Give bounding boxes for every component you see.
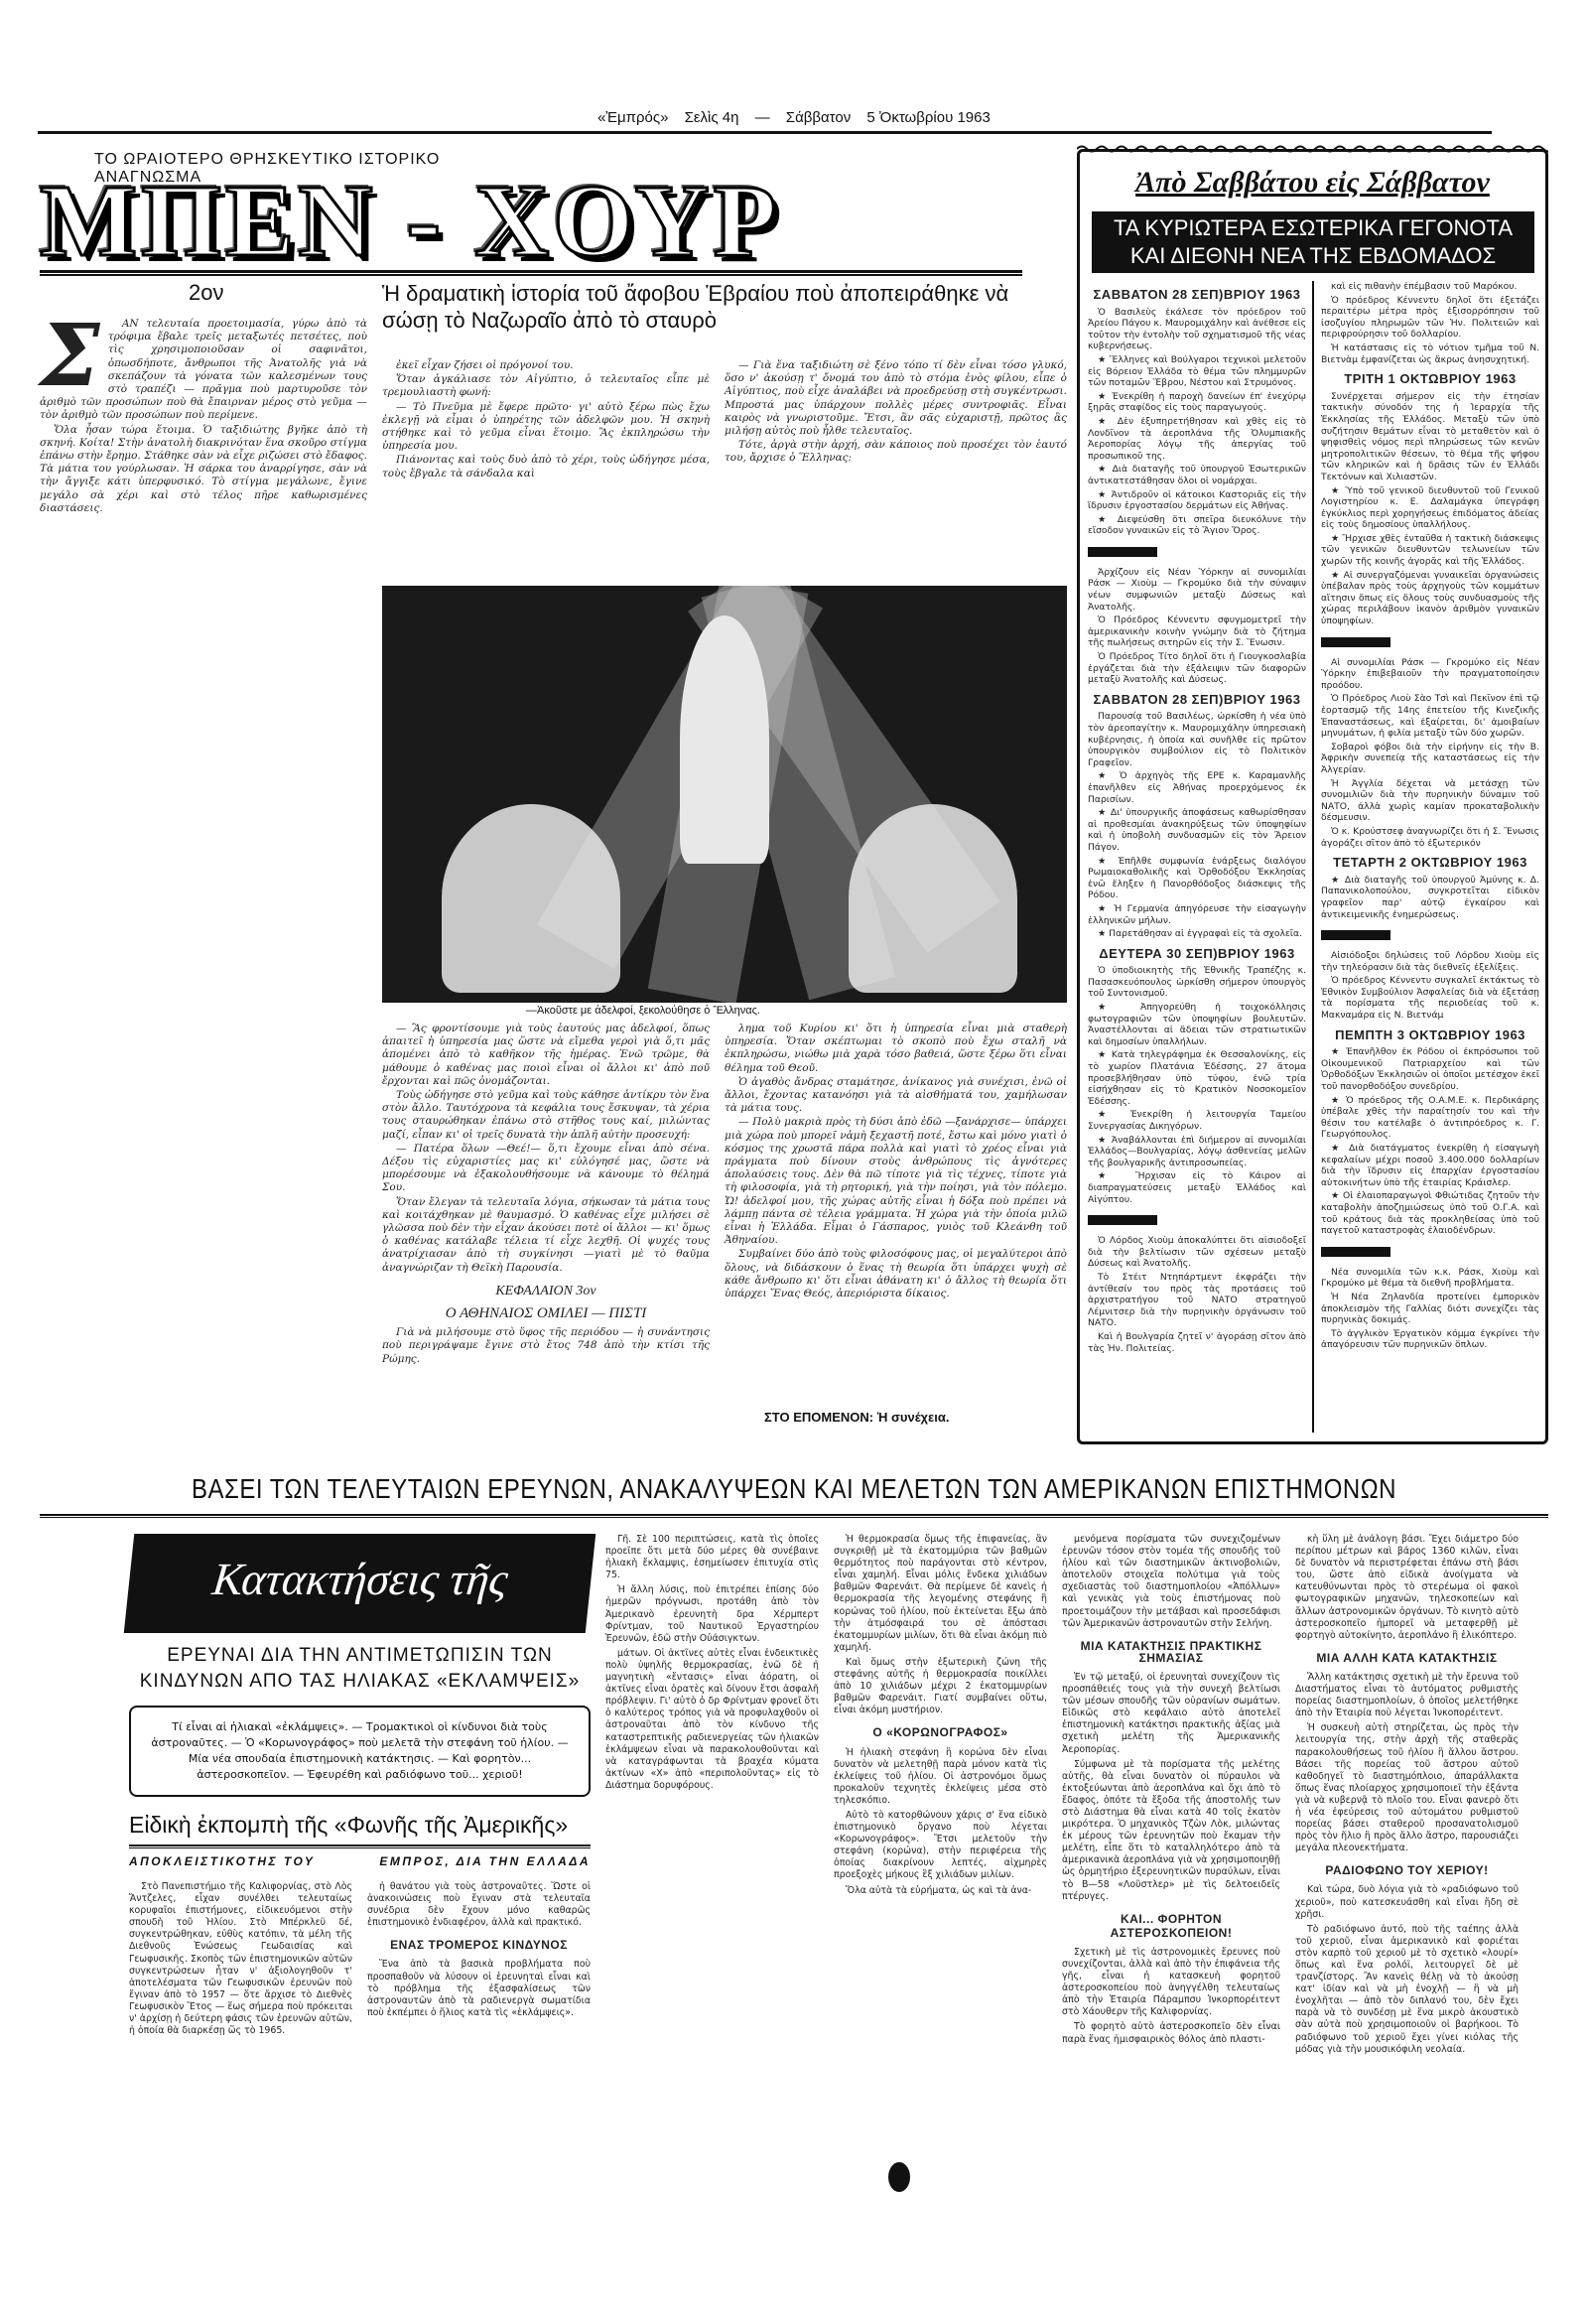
- science-subtitle: ΕΡΕΥΝΑΙ ΔΙΑ ΤΗΝ ΑΝΤΙΜΕΤΩΠΙΣΙΝ ΤΩΝ ΚΙΝΔΥΝ…: [129, 1643, 591, 1695]
- story-paragraph: — Πολὺ μακριὰ πρὸς τὴ δύσι ἀπὸ ἐδῶ —ξανά…: [725, 1116, 1067, 1247]
- news-item: ★ Ἐπανῆλθον ἐκ Ρόδου οἱ ἐκπρόσωποι τοῦ Ο…: [1321, 1046, 1539, 1092]
- intl-item: Ἀρχίζουν εἰς Νέαν Ὑόρκην αἱ συνομιλίαι Ρ…: [1088, 567, 1306, 613]
- day-heading: ΣΑΒΒΑΤΟΝ 28 ΣΕΠ)ΒΡΙΟΥ 1963: [1088, 694, 1306, 706]
- story-paragraph: Ὅλα ἦσαν τώρα ἕτοιμα. Ὁ ταξιδιώτης βγῆκε…: [40, 424, 367, 515]
- week-review-band: ΤΑ ΚΥΡΙΩΤΕΡΑ ΕΣΩΤΕΡΙΚΑ ΓΕΓΟΝΟΤΑ ΚΑΙ ΔΙΕΘ…: [1092, 211, 1534, 273]
- science-paragraph: ἡ θανάτου γιὰ τοὺς ἀστροναῦτες. Ὥστε οἱ …: [367, 1881, 591, 1929]
- science-column-5: μενόμενα πορίσματα τῶν συνεχιζομένων ἐρε…: [1062, 1534, 1280, 2049]
- page-masthead: «Ἐμπρός» Σελὶς 4η — Σάββατον 5 Ὀκτωβρίου…: [0, 109, 1588, 126]
- science-column-6: κὴ ὕλη μὲ ἀνάλογη βάσι. Ἔχει διάμετρο δύ…: [1295, 1534, 1519, 2059]
- story-illustration: [382, 586, 1067, 1003]
- story-column-5: λημα τοῦ Κυρίου κι' ὅτι ἡ ὑπηρεσία εἶναι…: [725, 1023, 1067, 1301]
- science-column-3: Γῆ. Σὲ 100 περιπτώσεις, κατὰ τὶς ὁποῖες …: [605, 1534, 819, 1795]
- band-line-1: ΤΑ ΚΥΡΙΩΤΕΡΑ ΕΣΩΤΕΡΙΚΑ ΓΕΓΟΝΟΤΑ: [1092, 214, 1534, 242]
- story-paragraph: Γιὰ νὰ μιλήσουμε στὸ ὕφος τῆς περιόδου —…: [382, 1326, 710, 1366]
- science-paragraph: Ἡ θερμοκρασία ὅμως τῆς ἐπιφανείας, ἂν συ…: [834, 1534, 1047, 1654]
- voa-rule: [129, 1845, 591, 1848]
- masthead-rule: [38, 131, 1492, 134]
- subheading-radio: ΡΑΔΙΟΦΩΝΟ ΤΟΥ ΧΕΡΙΟΥ!: [1295, 1864, 1519, 1876]
- news-item: ★ Ὁ ἀρχηγὸς τῆς ΕΡΕ κ. Καραμανλῆς ἐπανῆλ…: [1088, 770, 1306, 805]
- science-paragraph: Καὶ ὅμως στὴν ἐξωτερικὴ ζώνη τῆς στεφάνη…: [834, 1657, 1047, 1716]
- exclusive-strap: ΑΠΟΚΛΕΙΣΤΙΚΟΤΗΣ ΤΟΥ ΕΜΠΡΟΣ, ΔΙΑ ΤΗΝ ΕΛΛΑ…: [129, 1854, 591, 1868]
- exclusive-right: ΕΜΠΡΟΣ, ΔΙΑ ΤΗΝ ΕΛΛΑΔΑ: [379, 1854, 591, 1868]
- story-paragraph: Τοὺς ὡδήγησε στὸ γεῦμα καὶ τοὺς κάθησε ἀ…: [382, 1089, 710, 1142]
- intl-item: Αἰσιόδοξοι δηλώσεις τοῦ Λόρδου Χιοὺμ εἰς…: [1321, 950, 1539, 973]
- subheading-portable-1: ΚΑΙ... ΦΟΡΗΤΟΝ: [1062, 1913, 1280, 1925]
- issue-date: 5 Ὀκτωβρίου 1963: [866, 109, 990, 126]
- serial-title: ΜΠΕΝ - ΧΟΥΡ: [40, 174, 1022, 268]
- science-banner: ΒΑΣΕΙ ΤΩΝ ΤΕΛΕΥΤΑΙΩΝ ΕΡΕΥΝΩΝ, ΑΝΑΚΑΛΥΨΕΩ…: [0, 1474, 1588, 1506]
- news-item: Ὁ Βασιλεὺς ἐκάλεσε τὸν πρόεδρον τοῦ Ἀρεί…: [1088, 307, 1306, 352]
- intl-item: Ὁ πρόεδρος Κέννεντυ συγκαλεῖ ἐκτάκτως τὸ…: [1321, 975, 1539, 1021]
- story-paragraph: Ὁ ἀγαθὸς ἄνδρας σταμάτησε, ἀνίκανος γιὰ …: [725, 1076, 1067, 1116]
- section-bar: [1088, 1215, 1157, 1225]
- intl-item: Καὶ ἡ Βουλγαρία ζητεῖ ν' ἀγοράσῃ σῖτον ἀ…: [1088, 1331, 1306, 1354]
- day-heading: ΠΕΜΠΤΗ 3 ΟΚΤΩΒΡΙΟΥ 1963: [1321, 1029, 1539, 1041]
- week-column-left: ΣΑΒΒΑΤΟΝ 28 ΣΕΠ)ΒΡΙΟΥ 1963 Ὁ Βασιλεὺς ἐκ…: [1088, 281, 1306, 1356]
- seated-figure-right: [849, 804, 1017, 993]
- news-item: ★ Ἀντιδροῦν οἱ κάτοικοι Καστοριᾶς εἰς τὴ…: [1088, 489, 1306, 512]
- news-item: ★ Ἤρχισε χθὲς ἐνταῦθα ἡ τακτικὴ διάσκεψι…: [1321, 533, 1539, 568]
- subheading-portable-2: ΑΣΤΕΡΟΣΚΟΠΕΙΟΝ!: [1062, 1927, 1280, 1939]
- news-item: ★ Ἀπηγορεύθη ἡ τοιχοκόλλησις φωτογραφιῶν…: [1088, 1002, 1306, 1047]
- news-item: ★ Κατὰ τηλεγράφημα ἐκ Θεσσαλονίκης, εἰς …: [1088, 1049, 1306, 1107]
- exclusive-left: ΑΠΟΚΛΕΙΣΤΙΚΟΤΗΣ ΤΟΥ: [129, 1854, 315, 1868]
- story-paragraph: Ὅταν ἀγκάλιασε τὸν Αἰγύπτιο, ὁ τελευταῖο…: [382, 373, 710, 399]
- ink-blot: [888, 2162, 910, 2192]
- intl-item: Ἡ Ἀγγλία δέχεται νὰ μετάσχῃ τῶν συνομιλι…: [1321, 778, 1539, 824]
- story-paragraph: — Γιὰ ἕνα ταξιδιώτη σὲ ξένο τόπο τί δὲν …: [725, 359, 1067, 438]
- news-item: καὶ εἰς πιθανὴν ἐπέμβασιν τοῦ Μαρόκου.: [1321, 281, 1539, 293]
- science-subtitle-line-2: ΚΙΝΔΥΝΩΝ ΑΠΟ ΤΑΣ ΗΛΙΑΚΑΣ «ΕΚΛΑΜΨΕΙΣ»: [129, 1669, 591, 1695]
- science-paragraph: Στὸ Πανεπιστήμιο τῆς Καλιφορνίας, στὸ Λὸ…: [129, 1881, 352, 2037]
- news-item: Παρουσίᾳ τοῦ Βασιλέως, ὡρκίσθη ἡ νέα ὑπὸ…: [1088, 711, 1306, 768]
- subheading-danger: ΕΝΑΣ ΤΡΟΜΕΡΟΣ ΚΙΝΔΥΝΟΣ: [367, 1939, 591, 1951]
- day-heading: ΤΡΙΤΗ 1 ΟΚΤΩΒΡΙΟΥ 1963: [1321, 373, 1539, 385]
- continued-notice: ΣΤΟ ΕΠΟΜΕΝΟΝ: Ἡ συνέχεια.: [764, 1410, 949, 1425]
- intl-item: Νέα συνομιλία τῶν κ.κ. Ράσκ, Χιοὺμ καὶ Γ…: [1321, 1267, 1539, 1290]
- intl-item: Ὁ κ. Κρούστσεφ ἀναγνωρίζει ὅτι ἡ Σ. Ἕνωσ…: [1321, 826, 1539, 849]
- science-paragraph: Σχετικὴ μὲ τὶς ἀστρονομικὲς ἔρευνες ποὺ …: [1062, 1947, 1280, 2019]
- news-item: ★ Ἐπῆλθε συμφωνία ἐνάρξεως διαλόγου Ρωμα…: [1088, 856, 1306, 901]
- story-paragraph: — Τὸ Πνεῦμα μὲ ἔφερε πρῶτο· γι' αὐτὸ ξέρ…: [382, 401, 710, 454]
- day-heading: ΔΕΥΤΕΡΑ 30 ΣΕΠ)ΒΡΙΟΥ 1963: [1088, 948, 1306, 960]
- science-column-2: ἡ θανάτου γιὰ τοὺς ἀστροναῦτες. Ὥστε οἱ …: [367, 1881, 591, 2022]
- news-item: ★ Δι' ὑπουργικῆς ἀποφάσεως καθωρίσθησαν …: [1088, 807, 1306, 853]
- story-column-1: Σ ΑΝ τελευταία προετοιμασία, γύρω ἀπὸ τὰ…: [40, 318, 367, 516]
- masthead-separator: —: [755, 109, 770, 126]
- news-item: Ἡ κατάστασις εἰς τὸ νότιον τμῆμα τοῦ Ν. …: [1321, 342, 1539, 365]
- subheading-another: ΜΙΑ ΑΛΛΗ ΚΑΤΑ ΚΑΤΑΚΤΗΣΙΣ: [1295, 1652, 1519, 1664]
- science-paragraph: Σύμφωνα μὲ τὰ πορίσματα τῆς μελέτης αὐτῆ…: [1062, 1759, 1280, 1903]
- news-item: ★ Ὑπὸ τοῦ γενικοῦ διευθυντοῦ τοῦ Γενικοῦ…: [1321, 485, 1539, 531]
- week-review-title: Ἀπὸ Σαββάτου εἰς Σάββατον: [1080, 166, 1545, 200]
- story-paragraph: — Πατέρα ὅλων —Θεέ!— ὅ,τι ἔχουμε εἶναι ἀ…: [382, 1143, 710, 1195]
- page-number: Σελὶς 4η: [685, 109, 739, 126]
- intl-item: Ἡ Νέα Ζηλανδία προτείνει ἐμπορικὸν ἀποκλ…: [1321, 1292, 1539, 1326]
- issue-day: Σάββατον: [786, 109, 851, 126]
- chapter-number: 2ον: [189, 280, 223, 306]
- news-item: ★ Διὰ διατάγματος ἐνεκρίθη ἡ εἰσαγωγὴ κε…: [1321, 1143, 1539, 1188]
- science-paragraph: Ἡ ἡλιακὴ στεφάνη ἢ κορώνα δὲν εἶναι δυνα…: [834, 1747, 1047, 1807]
- intl-item: Ὁ Πρόεδρος Τίτο δηλοῖ ὅτι ἡ Γιουγκοσλαβί…: [1088, 651, 1306, 686]
- section-bar: [1321, 930, 1390, 940]
- chapter-title: Ο ΑΘΗΝΑΙΟΣ ΟΜΙΛΕΙ — ΠΙΣΤΙ: [382, 1307, 710, 1320]
- news-item: ★ Διὰ διαταγῆς τοῦ ὑπουργοῦ Ἐσωτερικῶν ἀ…: [1088, 464, 1306, 486]
- science-paragraph: Ἡ ἄλλη λύσις, ποὺ ἐπιτρέπει ἐπίσης δύο ἡ…: [605, 1584, 819, 1644]
- section-bar: [1088, 547, 1157, 557]
- illustration-caption: —Ἀκοῦστε με ἀδελφοί, ξεκολούθησε ὁ Ἕλλην…: [526, 1005, 760, 1017]
- science-paragraph: Τὸ φορητὸ αὐτὸ ἀστεροσκοπεῖο δὲν εἶναι π…: [1062, 2021, 1280, 2045]
- science-logo: Κατακτήσεις τῆς ἐπιστήμης: [124, 1534, 596, 1633]
- week-review-box: Ἀπὸ Σαββάτου εἰς Σάββατον ΤΑ ΚΥΡΙΩΤΕΡΑ Ε…: [1077, 149, 1548, 1444]
- intl-item: Σοβαροὶ φόβοι διὰ τὴν εἰρήνην εἰς τὴν Β.…: [1321, 742, 1539, 776]
- serial-subtitle: Ἡ δραματικὴ ἱστορία τοῦ ἄφοβου Ἑβραίου π…: [382, 280, 1067, 334]
- science-teaser-box: Τί εἶναι αἱ ἡλιακαὶ «ἐκλάμψεις». — Τρομα…: [129, 1706, 591, 1797]
- seated-figure-left: [442, 804, 620, 993]
- news-item: ★ Ἐνεκρίθη ἡ παροχὴ δανείων ἐπ' ἐνεχύρῳ …: [1088, 391, 1306, 414]
- science-paragraph: Ἐν τῷ μεταξύ, οἱ ἐρευνηταὶ συνεχίζουν τὶ…: [1062, 1672, 1280, 1756]
- news-item: ★ Παρετάθησαν αἱ ἐγγραφαὶ εἰς τὰ σχολεῖα…: [1088, 928, 1306, 940]
- subheading-coronograph: Ο «ΚΟΡΩΝΟΓΡΑΦΟΣ»: [834, 1726, 1047, 1738]
- story-paragraph: Συμβαίνει δύο ἀπὸ τοὺς φιλοσόφους μας, ο…: [725, 1248, 1067, 1300]
- science-column-1: Στὸ Πανεπιστήμιο τῆς Καλιφορνίας, στὸ Λὸ…: [129, 1881, 352, 2040]
- news-item: Συνέρχεται σήμερον εἰς τὴν ἐτησίαν τακτι…: [1321, 391, 1539, 483]
- story-column-4: — Ἂς φροντίσουμε γιὰ τοὺς ἑαυτούς μας ἀδ…: [382, 1023, 710, 1367]
- story-paragraph: Τότε, ἀργὰ στὴν ἀρχή, σὰν κάποιος ποὺ πρ…: [725, 439, 1067, 465]
- voa-heading: Εἰδικὴ ἐκπομπὴ τῆς «Φωνῆς τῆς Ἀμερικῆς»: [129, 1812, 591, 1839]
- science-banner-rule: [40, 1514, 1548, 1518]
- science-paragraph: Ἄλλη κατάκτησις σχετικὴ μὲ τὴν ἔρευνα το…: [1295, 1672, 1519, 1719]
- intl-item: Τὸ Στέιτ Ντηπάρτμεντ ἐκφράζει τὴν ἀντίθε…: [1088, 1272, 1306, 1329]
- chapter-heading: ΚΕΦΑΛΑΙΟΝ 3ον: [382, 1285, 710, 1298]
- intl-item: Αἱ συνομιλίαι Ράσκ — Γκρομύκο εἰς Νέαν Ὑ…: [1321, 657, 1539, 692]
- science-paragraph: Ἕνα ἀπὸ τὰ βασικὰ προβλήματα ποὺ προσπαθ…: [367, 1959, 591, 2018]
- news-item: ★ Ὁ πρόεδρος τῆς Ο.Α.Μ.Ε. κ. Περδικάρης …: [1321, 1095, 1539, 1141]
- day-heading: ΣΑΒΒΑΤΟΝ 28 ΣΕΠ)ΒΡΙΟΥ 1963: [1088, 289, 1306, 301]
- news-item: Ὁ ὑποδιοικητὴς τῆς Ἐθνικῆς Τραπέζης κ. Π…: [1088, 965, 1306, 1000]
- wavy-border-top: [1077, 144, 1548, 154]
- dropcap-ornament: Σ: [40, 322, 100, 391]
- news-item: ★ Ἐνεκρίθη ἡ λειτουργία Ταμείου Συνεργασ…: [1088, 1109, 1306, 1132]
- news-item: ★ Αἱ συνεργαζόμεναι γυναικεῖαι ὀργανώσει…: [1321, 570, 1539, 627]
- story-column-3: — Γιὰ ἕνα ταξιδιώτη σὲ ξένο τόπο τί δὲν …: [725, 359, 1067, 467]
- science-paragraph: Καὶ τώρα, δυὸ λόγια γιὰ τὸ «ραδιόφωνο το…: [1295, 1884, 1519, 1920]
- news-item: ★ Οἱ ἐλαιοπαραγωγοὶ Φθιώτιδας ζητοῦν τὴν…: [1321, 1190, 1539, 1236]
- science-paragraph: Ὅλα αὐτὰ τὰ εὑρήματα, ὡς καὶ τὰ ἀνα-: [834, 1885, 1047, 1897]
- science-paragraph: Αὐτὸ τὸ κατορθώνουν χάρις σ' ἕνα εἰδικὸ …: [834, 1810, 1047, 1882]
- day-heading: ΤΕΤΑΡΤΗ 2 ΟΚΤΩΒΡΙΟΥ 1963: [1321, 857, 1539, 869]
- story-paragraph: λημα τοῦ Κυρίου κι' ὅτι ἡ ὑπηρεσία εἶναι…: [725, 1023, 1067, 1075]
- science-paragraph: Ἡ συσκευὴ αὐτὴ στηρίζεται, ὡς πρὸς τὴν λ…: [1295, 1722, 1519, 1854]
- science-subtitle-line-1: ΕΡΕΥΝΑΙ ΔΙΑ ΤΗΝ ΑΝΤΙΜΕΤΩΠΙΣΙΝ ΤΩΝ: [129, 1643, 591, 1669]
- section-bar: [1321, 637, 1390, 647]
- intl-item: Ὁ Λόρδος Χιοὺμ ἀποκαλύπτει ὅτι αἰσιοδοξε…: [1088, 1235, 1306, 1270]
- week-column-right: καὶ εἰς πιθανὴν ἐπέμβασιν τοῦ Μαρόκου. Ὁ…: [1321, 281, 1539, 1353]
- science-paragraph: Τὸ ραδιόφωνο ἀυτό, ποὺ τῆς ταέπης ἀλλὰ τ…: [1295, 1924, 1519, 2056]
- news-item: ★ Διεψεύσθη ὅτι σπεῖρα διευκόλυνε τὴν εἴ…: [1088, 514, 1306, 537]
- newspaper-name: «Ἐμπρός»: [597, 109, 668, 126]
- intl-item: Ὁ Πρόεδρος Λιοὺ Σὰο Τσὶ καὶ Πεκῖνον ἐπὶ …: [1321, 693, 1539, 739]
- news-item: ★ Δὲν ἐξυπηρετήθησαν καὶ χθὲς εἰς τὸ Λον…: [1088, 416, 1306, 462]
- story-column-2: ἐκεῖ εἶχαν ζήσει οἱ πρόγονοί του. Ὅταν ἀ…: [382, 359, 710, 481]
- news-item: ★ Διὰ διαταγῆς τοῦ ὑπουργοῦ Ἀμύνης κ. Δ.…: [1321, 875, 1539, 920]
- news-item: ★ Ἡ Γερμανία ἀπηγόρευσε τὴν εἰσαγωγὴν ἑλ…: [1088, 903, 1306, 926]
- subheading-conquest: ΜΙΑ ΚΑΤΑΚΤΗΣΙΣ ΠΡΑΚΤΙΚΗΣ ΣΗΜΑΣΙΑΣ: [1062, 1640, 1280, 1664]
- title-rule: [40, 270, 1022, 276]
- news-item: ★ Ἤρχισαν εἰς τὸ Κάιρον αἱ διαπραγματεύσ…: [1088, 1170, 1306, 1205]
- science-paragraph: μάτων. Οἱ ἀκτῖνες αὐτὲς εἶναι ἐνδεικτικὲ…: [605, 1648, 819, 1792]
- column-divider: [1312, 281, 1314, 1433]
- intl-item: Τὸ ἀγγλικὸν Ἐργατικὸν κόμμα ἐγκρίνει τὴν…: [1321, 1328, 1539, 1351]
- news-item: Ὁ πρόεδρος Κέννεντυ δηλοῖ ὅτι ἐξετάζει π…: [1321, 295, 1539, 341]
- science-paragraph: κὴ ὕλη μὲ ἀνάλογη βάσι. Ἔχει διάμετρο δύ…: [1295, 1534, 1519, 1642]
- intl-item: Ὁ Πρόεδρος Κέννεντυ σφυγμομετρεῖ τὴν ἀμε…: [1088, 615, 1306, 649]
- science-column-4: Ἡ θερμοκρασία ὅμως τῆς ἐπιφανείας, ἂν συ…: [834, 1534, 1047, 1900]
- story-paragraph: — Ἂς φροντίσουμε γιὰ τοὺς ἑαυτούς μας ἀδ…: [382, 1023, 710, 1088]
- news-item: ★ Ἀναβάλλονται ἐπὶ διήμερον αἱ συνομιλία…: [1088, 1135, 1306, 1169]
- science-paragraph: μενόμενα πορίσματα τῶν συνεχιζομένων ἐρε…: [1062, 1534, 1280, 1630]
- standing-figure: [680, 615, 769, 864]
- band-line-2: ΚΑΙ ΔΙΕΘΝΗ ΝΕΑ ΤΗΣ ΕΒΔΟΜΑΔΟΣ: [1092, 242, 1534, 270]
- news-item: ★ Ἕλληνες καὶ Βούλγαροι τεχνικοὶ μελετοῦ…: [1088, 354, 1306, 389]
- science-paragraph: Γῆ. Σὲ 100 περιπτώσεις, κατὰ τὶς ὁποῖες …: [605, 1534, 819, 1581]
- story-paragraph: Πιάνοντας καὶ τοὺς δυὸ ἀπὸ τὸ χέρι, τοὺς…: [382, 454, 710, 479]
- story-paragraph: ἐκεῖ εἶχαν ζήσει οἱ πρόγονοί του.: [382, 359, 710, 372]
- story-paragraph: Ὅταν ἔλεγαν τὰ τελευταῖα λόγια, σήκωσαν …: [382, 1196, 710, 1275]
- section-bar: [1321, 1247, 1390, 1257]
